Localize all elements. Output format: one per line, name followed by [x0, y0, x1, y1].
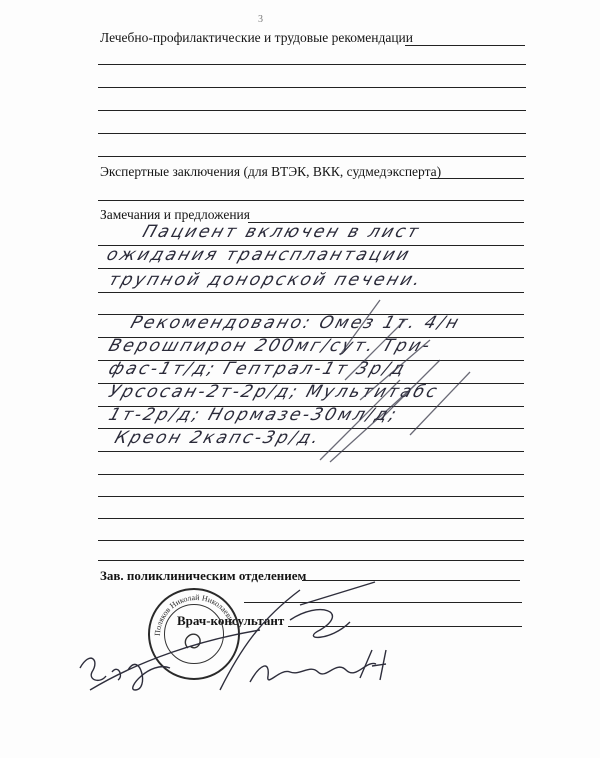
signature-strokes — [0, 0, 600, 758]
medical-form-page: 3 Лечебно-профилактические и трудовые ре… — [0, 0, 600, 758]
